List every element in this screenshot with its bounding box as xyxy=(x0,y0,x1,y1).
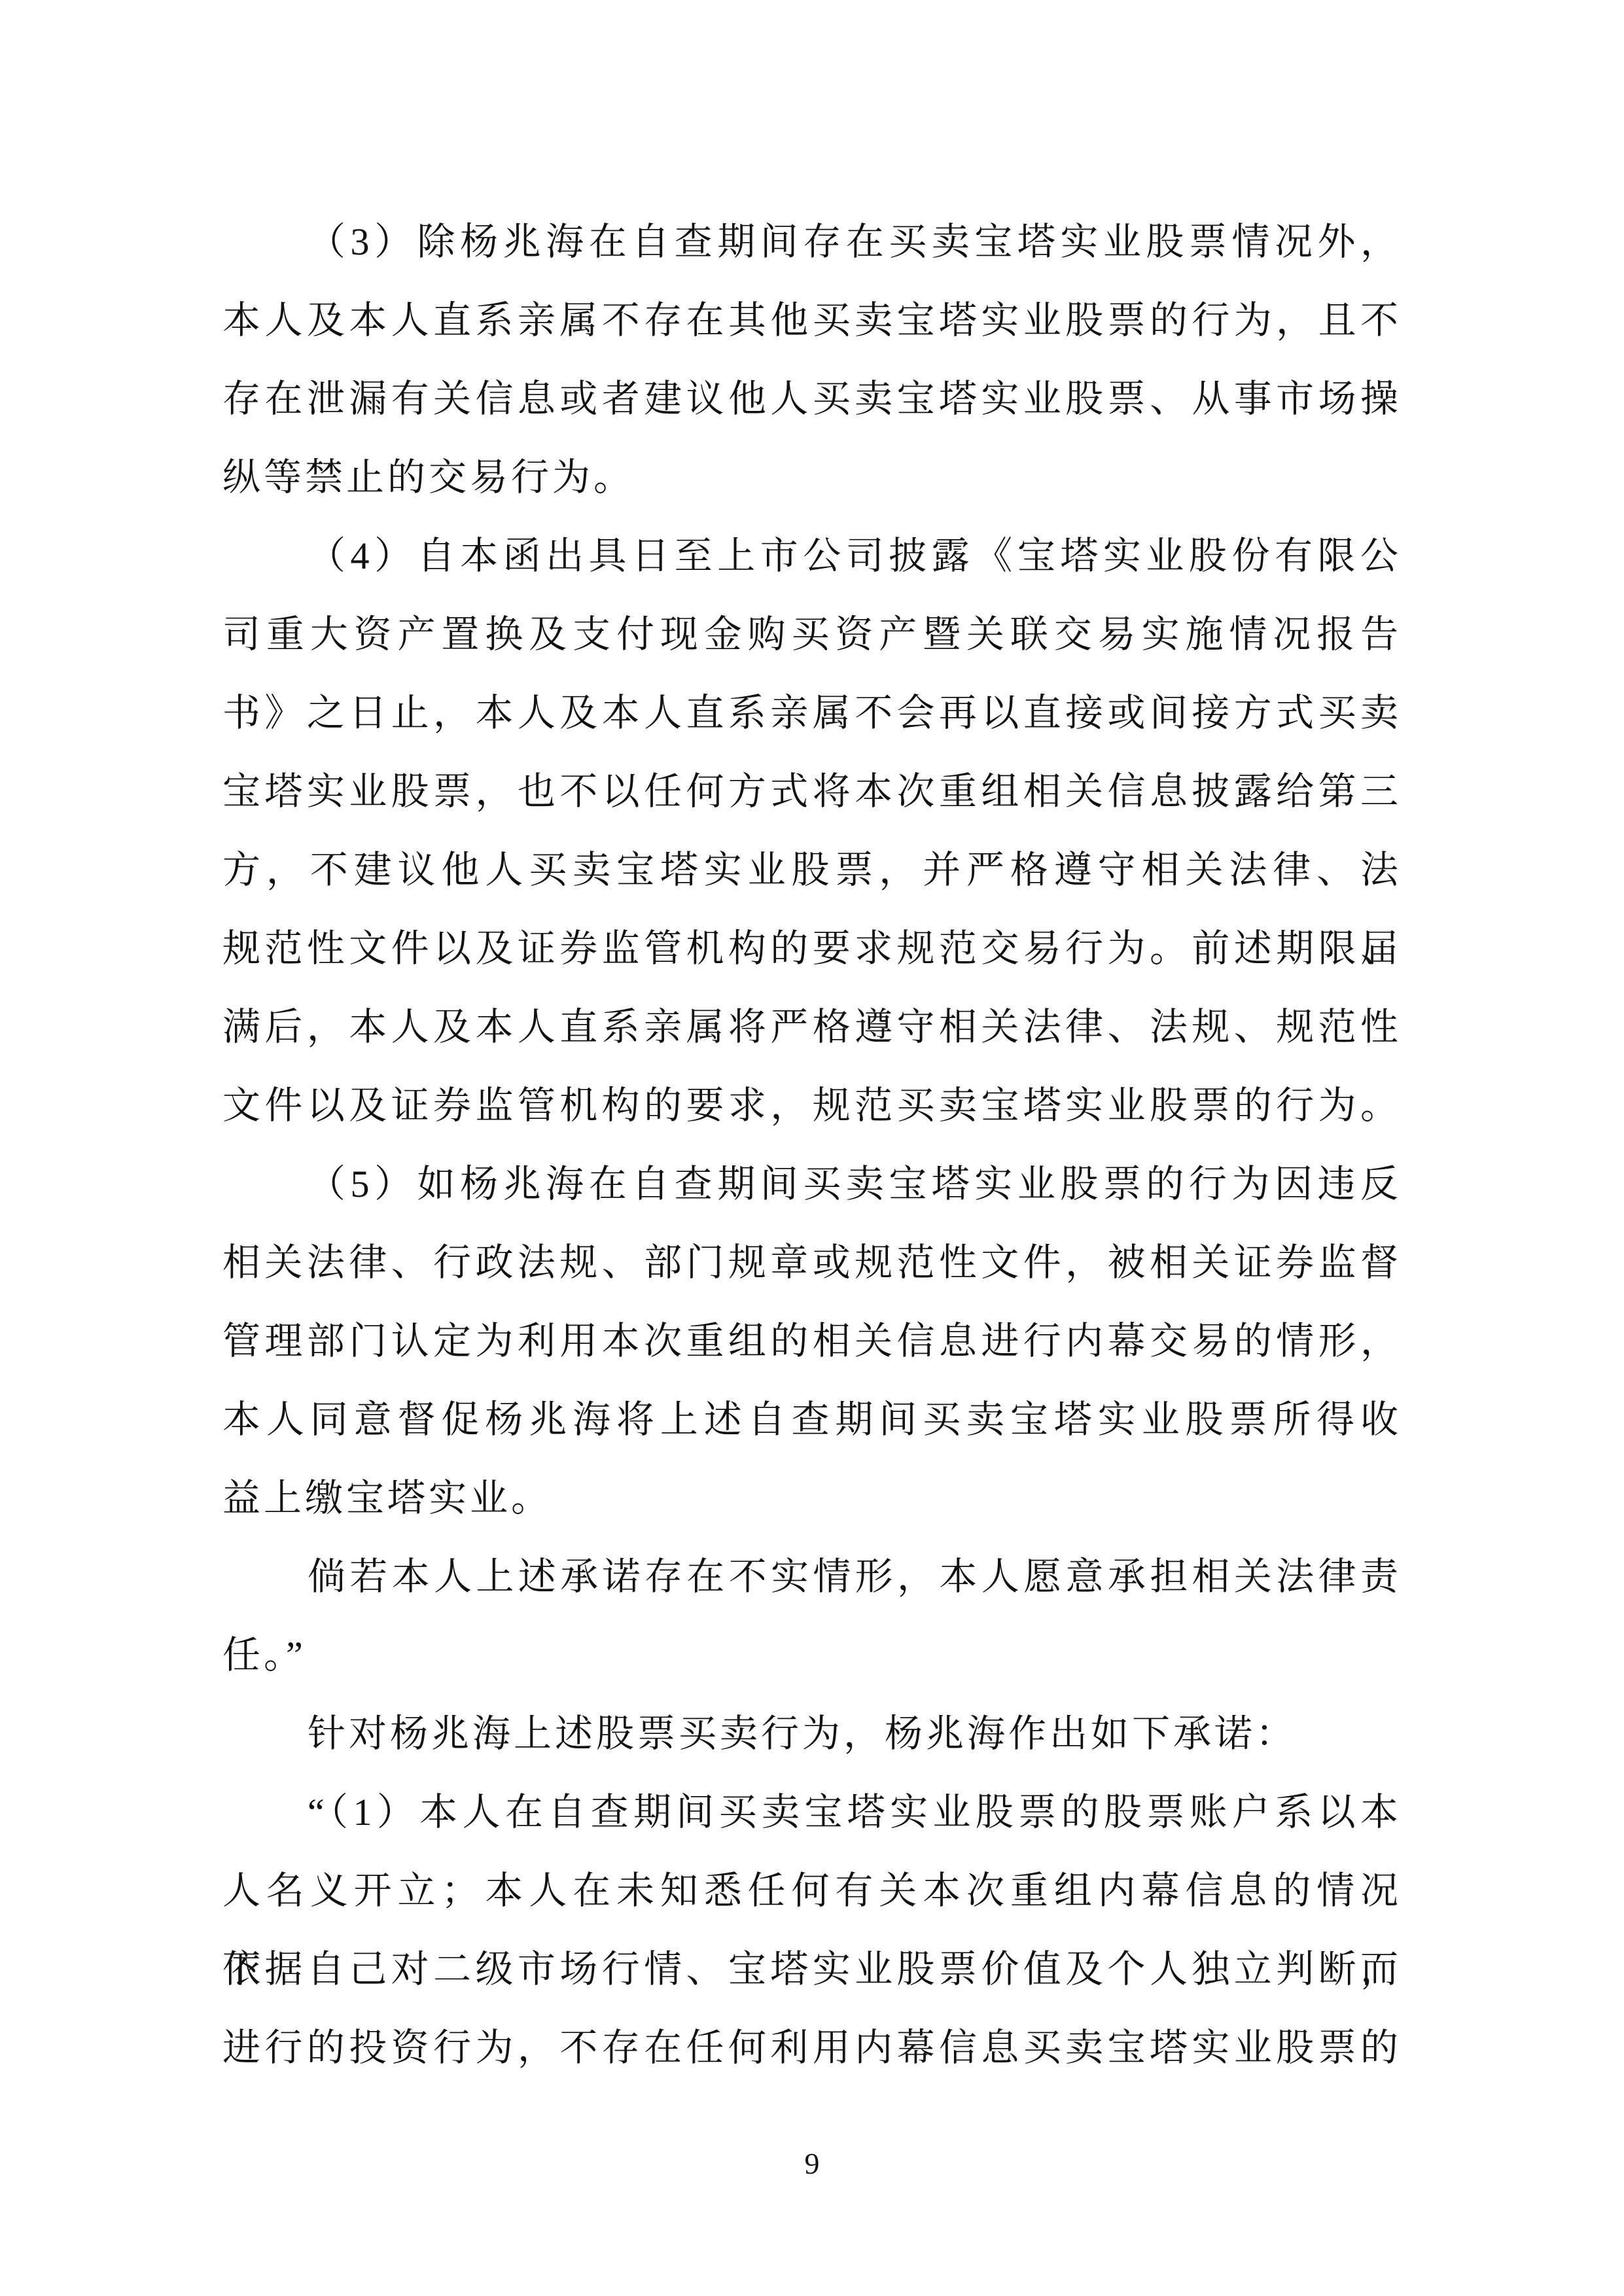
text-line: 满后，本人及本人直系亲属将严格遵守相关法律、法规、规范性 xyxy=(222,988,1402,1067)
page-number: 9 xyxy=(0,2141,1624,2187)
text-line: 倘若本人上述承诺存在不实情形，本人愿意承担相关法律责 xyxy=(222,1538,1402,1616)
text-line: 纵等禁止的交易行为。 xyxy=(222,438,1402,517)
text-line: 宝塔实业股票，也不以任何方式将本次重组相关信息披露给第三 xyxy=(222,752,1402,831)
text-line: 文件以及证券监管机构的要求，规范买卖宝塔实业股票的行为。 xyxy=(222,1067,1402,1145)
text-line: 依据自己对二级市场行情、宝塔实业股票价值及个人独立判断而 xyxy=(222,1930,1402,2009)
text-line: 规范性文件以及证券监管机构的要求规范交易行为。前述期限届 xyxy=(222,910,1402,988)
text-line: 本人及本人直系亲属不存在其他买卖宝塔实业股票的行为，且不 xyxy=(222,281,1402,360)
text-line: 管理部门认定为利用本次重组的相关信息进行内幕交易的情形， xyxy=(222,1302,1402,1381)
text-line: 本人同意督促杨兆海将上述自查期间买卖宝塔实业股票所得收 xyxy=(222,1381,1402,1459)
text-block: （3）除杨兆海在自查期间存在买卖宝塔实业股票情况外， 本人及本人直系亲属不存在其… xyxy=(222,203,1402,2087)
text-line: 任。” xyxy=(222,1616,1402,1695)
text-line: 存在泄漏有关信息或者建议他人买卖宝塔实业股票、从事市场操 xyxy=(222,360,1402,438)
text-line: （3）除杨兆海在自查期间存在买卖宝塔实业股票情况外， xyxy=(222,203,1402,281)
document-page: （3）除杨兆海在自查期间存在买卖宝塔实业股票情况外， 本人及本人直系亲属不存在其… xyxy=(0,0,1624,2296)
text-line: 益上缴宝塔实业。 xyxy=(222,1459,1402,1538)
text-line: 方，不建议他人买卖宝塔实业股票，并严格遵守相关法律、法规、 xyxy=(222,831,1402,910)
text-line: 进行的投资行为，不存在任何利用内幕信息买卖宝塔实业股票的 xyxy=(222,2009,1402,2087)
text-line: 书》之日止，本人及本人直系亲属不会再以直接或间接方式买卖 xyxy=(222,674,1402,752)
text-line: 相关法律、行政法规、部门规章或规范性文件，被相关证券监督 xyxy=(222,1224,1402,1302)
text-line: （5）如杨兆海在自查期间买卖宝塔实业股票的行为因违反 xyxy=(222,1145,1402,1224)
text-line: 针对杨兆海上述股票买卖行为，杨兆海作出如下承诺： xyxy=(222,1695,1402,1773)
text-line: 人名义开立；本人在未知悉任何有关本次重组内幕信息的情况下， xyxy=(222,1852,1402,1930)
text-line: （4）自本函出具日至上市公司披露《宝塔实业股份有限公 xyxy=(222,517,1402,595)
text-line: “（1）本人在自查期间买卖宝塔实业股票的股票账户系以本 xyxy=(222,1773,1402,1852)
text-line: 司重大资产置换及支付现金购买资产暨关联交易实施情况报告 xyxy=(222,595,1402,674)
